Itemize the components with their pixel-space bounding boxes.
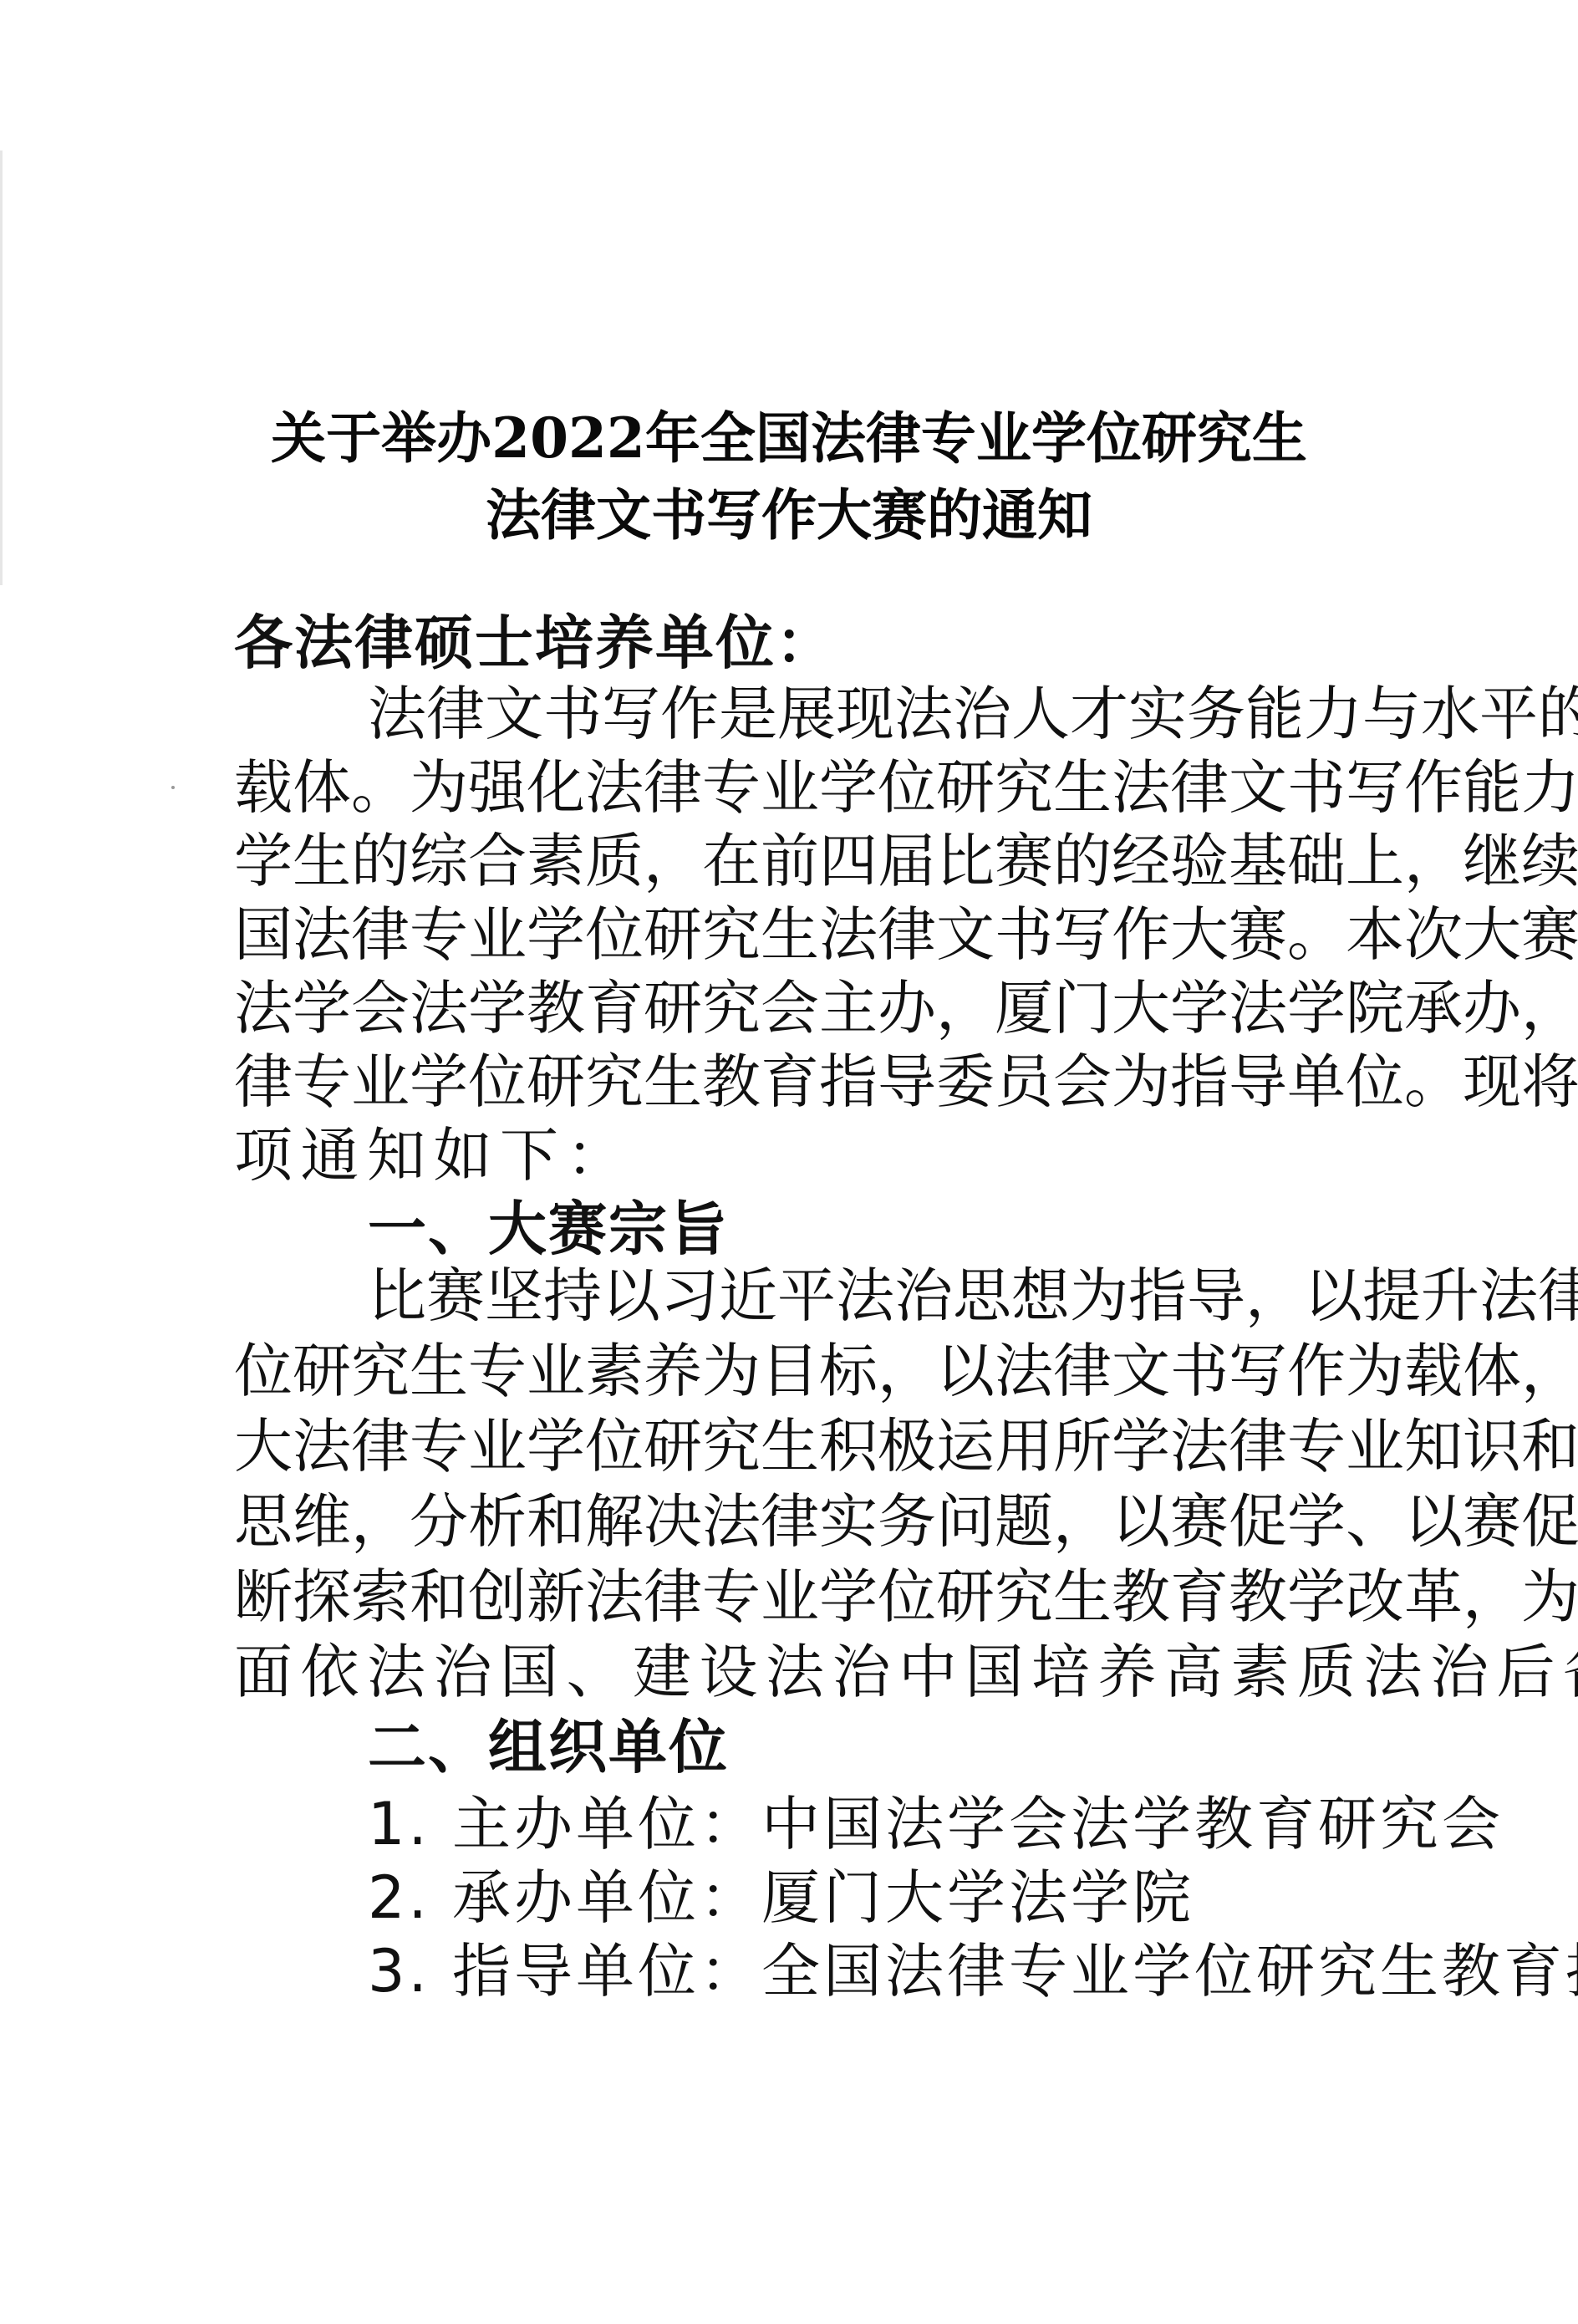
salutation: 各法律硕士培养单位： [234,608,1321,678]
section1-line: 面依法治国、建设法治中国培养高素质法治后备人才。 [234,1637,1321,1707]
section1-heading: 一、大赛宗旨 [368,1194,1321,1264]
section1-line: 思维，分析和解决法律实务问题，以赛促学、以赛促教，不 [234,1486,1321,1557]
section1-line: 比赛坚持以习近平法治思想为指导，以提升法律专业学 [368,1261,1321,1331]
section2-heading: 二、组织单位 [368,1712,1321,1782]
intro-line: 载体。为强化法律专业学位研究生法律文书写作能力，提升 [234,752,1321,823]
section2-item: 3. 指导单位：全国法律专业学位研究生教育指导委员会 [368,1936,1321,2006]
document-title-line2: 法律文书写作大赛的通知 [0,482,1578,548]
intro-line: 法律文书写作是展现法治人才实务能力与水平的重要 [368,679,1321,749]
section2-item: 2. 承办单位：厦门大学法学院 [368,1863,1321,1933]
scan-speck [171,786,175,789]
section2-item: 1. 主办单位：中国法学会法学教育研究会 [368,1789,1321,1859]
intro-line: 法学会法学教育研究会主办，厦门大学法学院承办，全国法 [234,973,1321,1043]
section1-line: 大法律专业学位研究生积极运用所学法律专业知识和法治 [234,1411,1321,1481]
intro-line: 项通知如下： [234,1120,1321,1190]
section1-line: 位研究生专业素养为目标，以法律文书写作为载体，引导广 [234,1336,1321,1406]
document-title-line1: 关于举办2022年全国法律专业学位研究生 [0,405,1578,471]
section1-line: 断探索和创新法律专业学位研究生教育教学改革，为推进全 [234,1562,1321,1632]
intro-line: 国法律专业学位研究生法律文书写作大赛。本次大赛由中国 [234,900,1321,970]
intro-line: 学生的综合素质，在前四届比赛的经验基础上，继续举办“全 [234,826,1321,896]
intro-line: 律专业学位研究生教育指导委员会为指导单位。现将有关事 [234,1047,1321,1117]
